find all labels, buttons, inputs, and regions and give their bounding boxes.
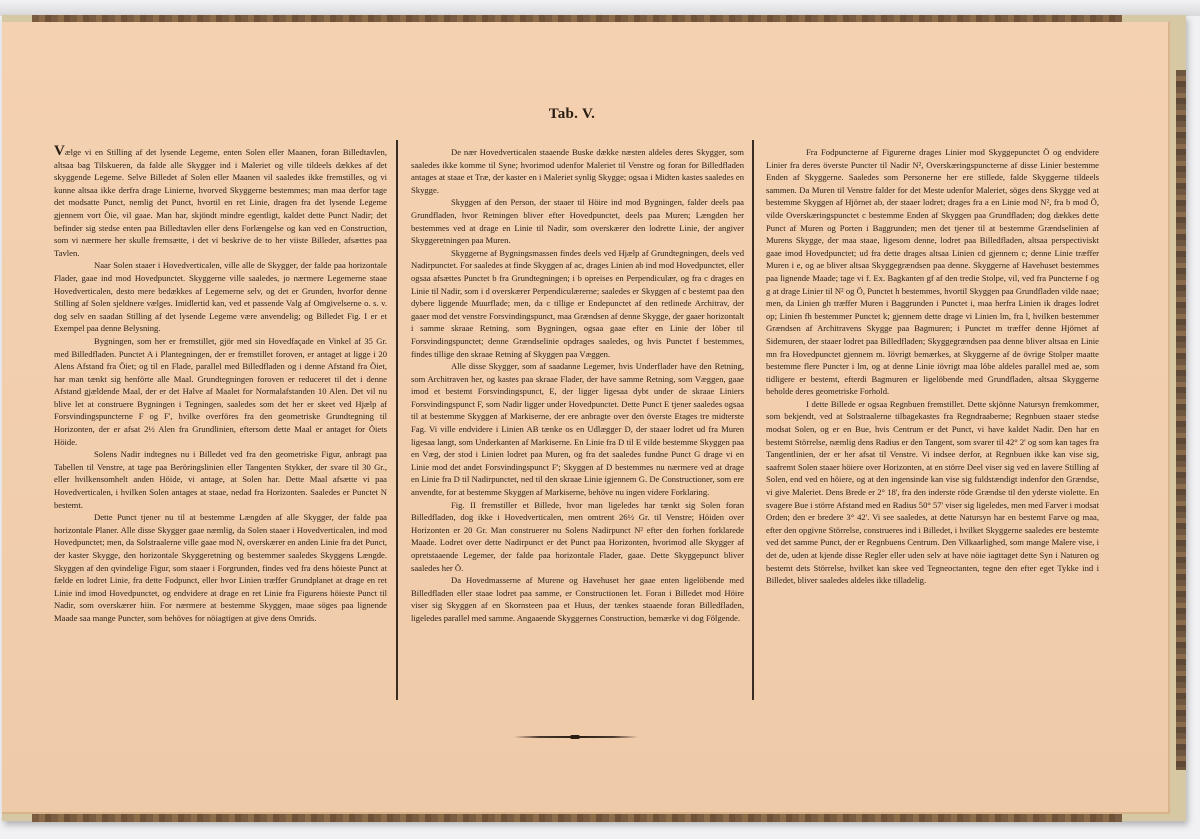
column-divider (752, 140, 754, 700)
text-column-middle: De nær Hovedverticalen staaende Buske dæ… (411, 146, 744, 625)
board-edge-right (1176, 70, 1186, 770)
paragraph: Fig. II fremstiller et Billede, hvor man… (411, 499, 744, 575)
background-shadow (0, 0, 1200, 16)
paragraph: Solens Nadir indtegnes nu i Billedet ved… (54, 448, 387, 511)
paragraph: Bygningen, som her er fremstillet, gjör … (54, 335, 387, 448)
text-column-right: Fra Fodpuncterne af Figurerne drages Lin… (766, 146, 1099, 587)
paragraph: Alle disse Skygger, som af saadanne Lege… (411, 360, 744, 499)
column-divider (396, 140, 398, 700)
paragraph: Dette Punct tjener nu til at bestemme Læ… (54, 511, 387, 624)
board-edge-bottom (32, 813, 1122, 822)
paragraph: Skyggerne af Bygningsmassen findes deels… (411, 247, 744, 360)
paragraph: De nær Hovedverticalen staaende Buske dæ… (411, 146, 744, 196)
ornamental-rule (514, 736, 638, 738)
drop-cap: V (54, 143, 65, 159)
paragraph: Da Hovedmasserne af Murene og Havehuset … (411, 574, 744, 624)
plate-page: Tab. V. Vælge vi en Stilling af det lyse… (2, 22, 1170, 814)
paragraph: Fra Fodpuncterne af Figurerne drages Lin… (766, 146, 1099, 398)
text-column-left: Vælge vi en Stilling af det lysende Lege… (54, 146, 387, 625)
paragraph: Naar Solen staaer i Hovedverticalen, vil… (54, 259, 387, 335)
plate-title: Tab. V. (522, 106, 622, 123)
paragraph: Vælge vi en Stilling af det lysende Lege… (54, 146, 387, 259)
paragraph: I dette Billede er ogsaa Regnbuen fremst… (766, 398, 1099, 587)
paragraph: Skyggen af den Person, der staaer til Hö… (411, 196, 744, 246)
